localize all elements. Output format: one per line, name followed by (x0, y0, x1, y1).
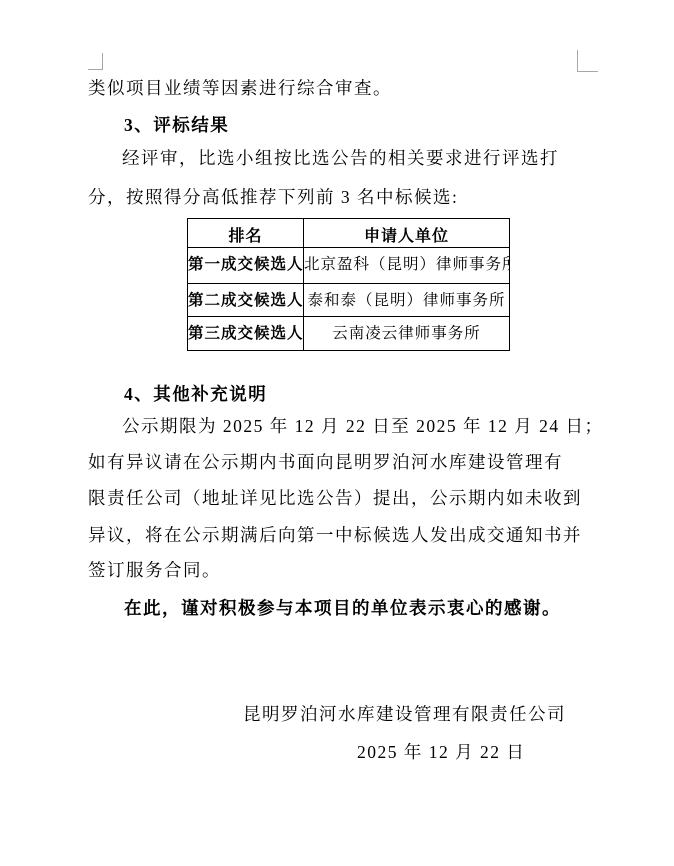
section4-paragraph-line-3: 限责任公司（地址详见比选公告）提出，公示期内如未收到 (88, 487, 582, 509)
unit-cell: 云南凌云律师事务所 (304, 317, 510, 351)
intro-line: 类似项目业绩等因素进行综合审查。 (88, 77, 392, 99)
thanks-line: 在此，谨对积极参与本项目的单位表示衷心的感谢。 (124, 597, 561, 619)
rank-cell: 第三成交候选人 (188, 317, 304, 351)
table-header-unit: 申请人单位 (304, 219, 510, 248)
table-row: 第二成交候选人 泰和泰（昆明）律师事务所 (188, 284, 510, 317)
table-header-rank: 排名 (188, 219, 304, 248)
section4-paragraph-line-4: 异议，将在公示期满后向第一中标候选人发出成交通知书并 (88, 524, 582, 546)
table-header-row: 排名 申请人单位 (188, 219, 510, 248)
section4-paragraph-line-5: 签订服务合同。 (88, 559, 221, 581)
section3-paragraph-line-2: 分，按照得分高低推荐下列前 3 名中标候选: (88, 186, 458, 208)
text-boundary-mark-top-left (88, 53, 103, 70)
section3-paragraph-line-1: 经评审，比选小组按比选公告的相关要求进行评选打 (122, 147, 559, 169)
unit-cell: 泰和泰（昆明）律师事务所 (304, 284, 510, 317)
bid-result-table: 排名 申请人单位 第一成交候选人 北京盈科（昆明）律师事务所 第二成交候选人 泰… (187, 218, 510, 351)
section4-heading: 4、其他补充说明 (124, 383, 267, 405)
text-boundary-mark-top-right (577, 50, 598, 72)
section4-paragraph-line-2: 如有异议请在公示期内书面向昆明罗泊河水库建设管理有 (88, 451, 563, 473)
signature-company: 昆明罗泊河水库建设管理有限责任公司 (243, 703, 566, 725)
section3-heading: 3、评标结果 (124, 114, 229, 136)
rank-cell: 第一成交候选人 (188, 248, 304, 284)
unit-cell: 北京盈科（昆明）律师事务所 (304, 248, 510, 284)
table-row: 第三成交候选人 云南凌云律师事务所 (188, 317, 510, 351)
signature-date: 2025 年 12 月 22 日 (357, 741, 525, 763)
document-page: 类似项目业绩等因素进行综合审查。 3、评标结果 经评审，比选小组按比选公告的相关… (0, 0, 674, 866)
rank-cell: 第二成交候选人 (188, 284, 304, 317)
section4-paragraph-line-1: 公示期限为 2025 年 12 月 22 日至 2025 年 12 月 24 日… (122, 415, 604, 437)
table-row: 第一成交候选人 北京盈科（昆明）律师事务所 (188, 248, 510, 284)
